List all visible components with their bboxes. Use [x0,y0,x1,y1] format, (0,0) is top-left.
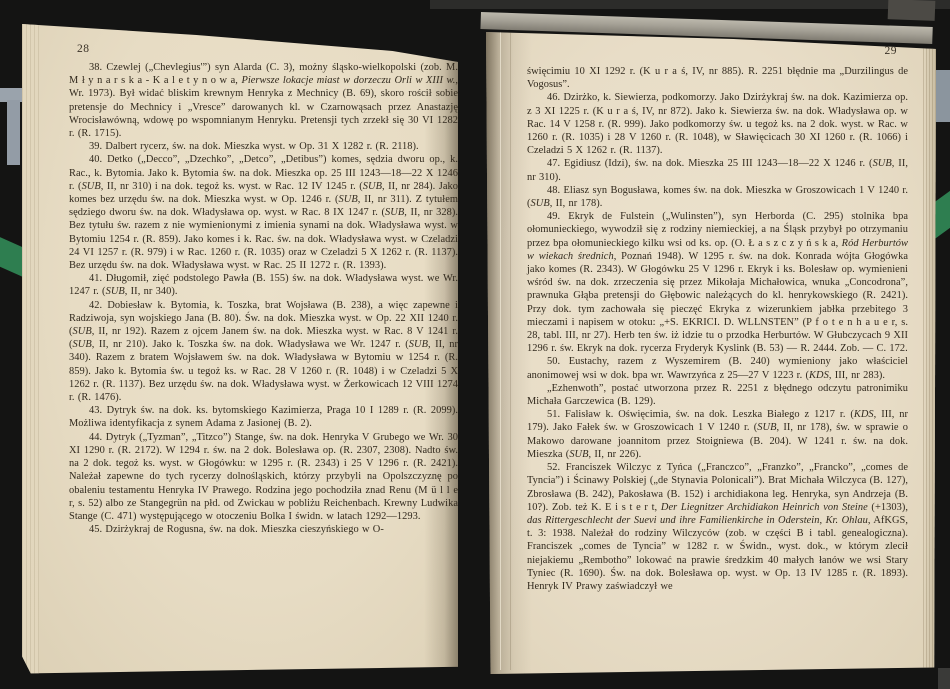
left-page-fore-edge [22,18,39,676]
left-page: 28 38. Czewlej („Chevlegius'”) syn Alard… [22,18,458,676]
paragraph: 51. Falisław k. Oświęcimia, św. na dok. … [527,408,908,461]
paragraph: 46. Dzirżko, k. Siewierza, podkomorzy. J… [527,91,908,157]
paragraph: 49. Ekryk de Fulstein („Wulinsten”), syn… [527,210,908,355]
paragraph: święcimiu 10 XI 1292 r. (K u r a ś, IV, … [527,65,908,91]
paragraph: 42. Dobiesław k. Bytomia, k. Toszka, bra… [69,299,458,405]
right-page-gutter-crease [486,24,532,674]
crease-shadow-line [510,28,511,670]
page-number-right: 29 [527,45,897,57]
right-page: 29 święcimiu 10 XI 1292 r. (K u r a ś, I… [486,24,936,674]
background-corner-shape [938,668,950,689]
background-gray-shape-left-stem [7,100,20,165]
paragraph: 52. Franciszek Wilczyc z Tyńca („Franczc… [527,461,908,593]
paragraph: 45. Dzirżykraj de Rogusna, św. na dok. M… [69,523,458,536]
paragraph: 40. Detko („Decco”, „Dzechko”, „Detco”, … [69,153,458,272]
left-page-text-column: 38. Czewlej („Chevlegius'”) syn Alarda (… [69,61,458,536]
crease-highlight-line [500,28,501,670]
paragraph: 39. Dalbert rycerz, św. na dok. Mieszka … [69,140,458,153]
right-page-fore-edge [923,24,936,674]
book-scan-photo: 28 38. Czewlej („Chevlegius'”) syn Alard… [0,0,950,689]
paragraph: 41. Długomił, zięć podstolego Pawła (B. … [69,272,458,298]
right-page-text-column: święcimiu 10 XI 1292 r. (K u r a ś, IV, … [527,65,908,593]
paragraph: 50. Eustachy, razem z Wyszemirem (B. 240… [527,355,908,381]
paragraph: 48. Eliasz syn Bogusława, komes św. na d… [527,184,908,210]
paragraph: 43. Dytryk św. na dok. ks. bytomskiego K… [69,404,458,430]
paragraph: „Ezhenwoth”, postać utworzona przez R. 2… [527,382,908,408]
background-shelf-shadow [430,0,950,9]
page-stack-corner [888,0,936,21]
paragraph: 44. Dytryk („Tyzman”, „Titzco”) Stange, … [69,431,458,523]
paragraph: 47. Egidiusz (Idzi), św. na dok. Mieszka… [527,157,908,183]
page-number-left: 28 [77,43,90,55]
paragraph: 38. Czewlej („Chevlegius'”) syn Alarda (… [69,61,458,140]
